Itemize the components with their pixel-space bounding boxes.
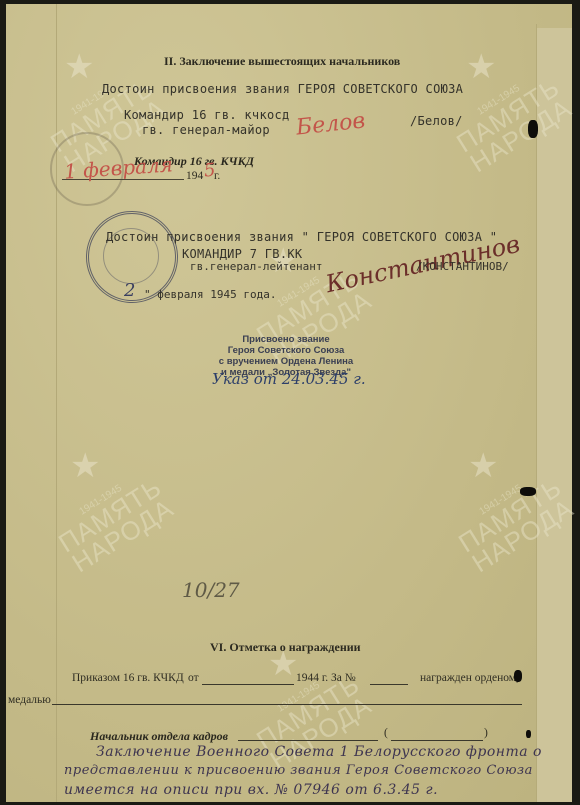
conclusion-2-position: КОМАНДИР 7 ГВ.КК (182, 247, 302, 261)
footer-line-1: Заключение Военного Совета 1 Белорусског… (96, 744, 542, 760)
watermark-star-icon: ★ (70, 449, 100, 483)
punch-hole (526, 730, 531, 738)
section-2-heading: II. Заключение вышестоящих начальников (164, 54, 400, 69)
decree-note: Указ от 24.03.45 г. (212, 370, 366, 388)
hr-chief-name-line (391, 740, 483, 741)
signature-belov: Белов (295, 108, 366, 140)
conclusion-2-date: " февраля 1945 года. (144, 288, 276, 301)
award-stamp-line3: с вручением Ордена Ленина (216, 356, 356, 367)
conclusion-1-name: /Белов/ (410, 114, 463, 128)
conclusion-1-rank: гв. генерал-майор (142, 123, 270, 137)
order-prefix: Приказом 16 гв. КЧКД (72, 672, 184, 684)
awarded-text: награжден орденом, (420, 672, 519, 684)
conclusion-2-rank: гв.генерал-лейтенант (190, 260, 322, 273)
paren-open: ( (384, 727, 388, 739)
watermark-star-icon: ★ (466, 50, 496, 84)
date-day-2: 2 (124, 280, 135, 301)
hr-chief-label: Начальник отдела кадров (90, 729, 228, 744)
award-stamp-line1: Присвоено звание (216, 334, 356, 345)
hr-chief-signature-line (238, 740, 378, 741)
order-number-line (370, 684, 408, 685)
order-date-line (202, 684, 294, 685)
order-from: от (188, 672, 199, 684)
award-stamp-line2: Героя Советского Союза (216, 345, 356, 356)
conclusion-1-text: Достоин присвоения звания ГЕРОЯ СОВЕТСКО… (102, 82, 463, 96)
footer-line-2: представлении к присвоению звания Героя … (64, 763, 533, 778)
medal-label: медалью (8, 694, 51, 706)
punch-hole (528, 120, 538, 138)
footer-line-3: имеется на описи при вх. № 07946 от 6.3.… (64, 782, 438, 798)
watermark: 1941-1945 ПАМЯТЬ НАРОДА (49, 466, 178, 576)
conclusion-1-position: Командир 16 гв. кчкосд (124, 108, 290, 122)
watermark-star-icon: ★ (468, 449, 498, 483)
pencil-note: 10/27 (182, 578, 240, 602)
punch-hole (520, 487, 536, 496)
paren-close: ) (484, 727, 488, 739)
paper-edge-strip (537, 28, 572, 802)
watermark-star-icon: ★ (64, 50, 94, 84)
section-6-heading: VI. Отметка о награждении (210, 640, 361, 655)
conclusion-2-text: Достоин присвоения звания " ГЕРОЯ СОВЕТС… (106, 230, 497, 244)
order-year: 1944 г. За № (296, 672, 356, 684)
conclusion-2-name: /КОНСТАНТИНОВ/ (416, 260, 509, 273)
medal-line (52, 704, 522, 705)
document-page: ★ 1941-1945 ПАМЯТЬ НАРОДА ★ 1941-1945 ПА… (6, 4, 572, 802)
punch-hole (514, 670, 522, 682)
year-prefix: 194 (186, 170, 203, 182)
year-unit: г. (214, 170, 220, 182)
